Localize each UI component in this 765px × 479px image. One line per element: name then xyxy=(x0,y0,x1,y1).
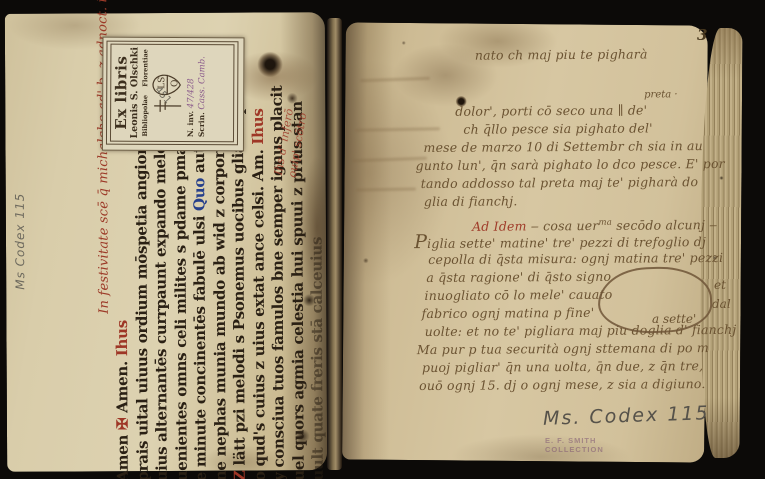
gothic-segment: prais uital uiuus ordium mōspetia angior… xyxy=(131,112,151,479)
bookplate-owner: Leonis S. Olschki xyxy=(129,46,141,140)
side-word-et: et xyxy=(714,278,726,292)
cursive-line: nato ch maj piu te pigharà xyxy=(475,45,725,65)
scrin-label: Scrin. xyxy=(196,112,205,137)
cursive-text: tando addosso tal preta maj te' pigharà … xyxy=(421,174,699,191)
gothic-segment: Amen xyxy=(113,430,131,479)
interlinear-note: preta · xyxy=(644,89,725,102)
bookplate-title: Ex libris xyxy=(113,46,129,140)
cursive-line: glia di fianchj. xyxy=(424,191,726,211)
cursive-text: fabrico ognj matina p fine' xyxy=(422,305,595,321)
red-ihus: Ihus xyxy=(248,108,266,144)
cursive-text: a q̄sta ragione' di q̄sto signo xyxy=(426,269,611,285)
bookplate-subtitle: Bibliopolae Florentiae xyxy=(141,46,149,140)
ex-libris-bookplate: Ex libris Leonis S. Olschki Bibliopolae … xyxy=(102,37,245,152)
italian-cursive-text: nato ch maj piu te pigharà preta · dolor… xyxy=(413,45,727,395)
red-ihus: Ihus xyxy=(113,320,131,356)
inv-label: N. inv. xyxy=(186,111,195,137)
cursive-line: tando addosso tal preta maj te' pigharà … xyxy=(421,173,726,193)
inventory-row: N. inv. 47/428 xyxy=(186,46,197,140)
cursive-line: cepolla di q̄sta misura: ognj matina tre… xyxy=(428,249,726,269)
scrin-row: Scrin. Cass. Camb. xyxy=(196,46,207,140)
bookplate-frame: Ex libris Leonis S. Olschki Bibliopolae … xyxy=(110,44,235,143)
collection-stamp: E. F. SMITH COLLECTION xyxy=(545,436,604,454)
cursive-heading-line: Ad Idem ‒ cosa uerma secōdo alcunj ‒ xyxy=(472,213,726,233)
cursive-text: gunto lun', q̄n sarà pighato lo dco pesc… xyxy=(416,156,725,173)
gothic-segment: uult quate freris stā calceuius xyxy=(307,237,326,479)
cursive-text: dolor', porti cō seco una ∥ de' xyxy=(455,102,647,118)
cursive-line: mese de marzo 10 di Settembr ch sia in a… xyxy=(423,137,725,157)
cursive-line: puoj pigliar' q̄n una uolta, q̄n due, z … xyxy=(422,357,727,377)
cursive-text: ouō ognj 15. dj o ognj mese, z sia a dig… xyxy=(419,376,705,393)
cursive-line: gunto lun', q̄n sarà pighato lo dco pesc… xyxy=(416,155,726,175)
scrin-value-handwritten: Cass. Camb. xyxy=(197,56,207,110)
cursive-text: cepolla di q̄sta misura: ognj matina tre… xyxy=(428,250,723,267)
side-word-a-sette: a sette' xyxy=(652,312,696,326)
cursive-line: Ma pur p tua securità ognj sttemana di p… xyxy=(417,339,727,359)
cursive-text: nato ch maj piu te pigharà xyxy=(475,46,648,62)
binding-gutter xyxy=(327,18,342,470)
cursive-text: ch q̄llo pesce sia pighato del' xyxy=(463,120,653,136)
superscript-ma: ma xyxy=(598,218,612,228)
gothic-segment: e minute concinentēs fabulē ulsi xyxy=(190,211,209,479)
cursive-text: mese de marzo 10 di Settembr ch sia in a… xyxy=(423,138,703,155)
manuscript-photo: In festivitate scē q̄ michalche ad' b. z… xyxy=(0,0,765,479)
red-cross-glyph: ✠ xyxy=(113,418,131,430)
left-page-parchment: In festivitate scē q̄ michalche ad' b. z… xyxy=(5,12,327,472)
inv-value-handwritten: 47/428 xyxy=(186,78,196,108)
cursive-text: Ma pur p tua securità ognj sttemana di p… xyxy=(417,340,709,357)
cursive-line: Piglia sette' matine' tre' pezzi di tref… xyxy=(414,231,726,251)
stamp-line: COLLECTION xyxy=(545,445,604,454)
stamp-line: E. F. SMITH xyxy=(545,436,604,445)
bookplate-rotated-content: Ex libris Leonis S. Olschki Bibliopolae … xyxy=(106,41,239,146)
pencil-shelfmark-left: Ms Codex 115 xyxy=(13,158,34,290)
blue-initial: Quo xyxy=(190,178,208,211)
gothic-segment: Amen. xyxy=(113,356,131,418)
folio-number: 3 xyxy=(697,26,707,44)
red-initial: Z xyxy=(231,470,249,479)
cursive-text: inuogliato cō lo mele' cauato xyxy=(424,287,612,303)
gothic-line: o qud's cuius z uius extat ance celsi. A… xyxy=(248,41,270,479)
side-word-dal: dal xyxy=(712,297,731,311)
large-initial-p: P xyxy=(414,231,427,253)
monogram-o: O xyxy=(170,80,180,87)
cursive-line: ouō ognj 15. dj o ognj mese, z sia a dig… xyxy=(419,375,727,395)
cursive-text: puoj pigliar' q̄n una uolta, q̄n due, z … xyxy=(422,358,703,375)
cursive-line: dolor', porti cō seco una ∥ de' xyxy=(455,101,725,121)
gothic-line xyxy=(72,42,94,479)
cursive-line: ch q̄llo pesce sia pighato del' xyxy=(463,119,725,139)
gothic-segment: o qud's cuius z uius extat ance celsi. A… xyxy=(248,145,268,479)
cursive-text: glia di fianchj. xyxy=(424,193,518,209)
